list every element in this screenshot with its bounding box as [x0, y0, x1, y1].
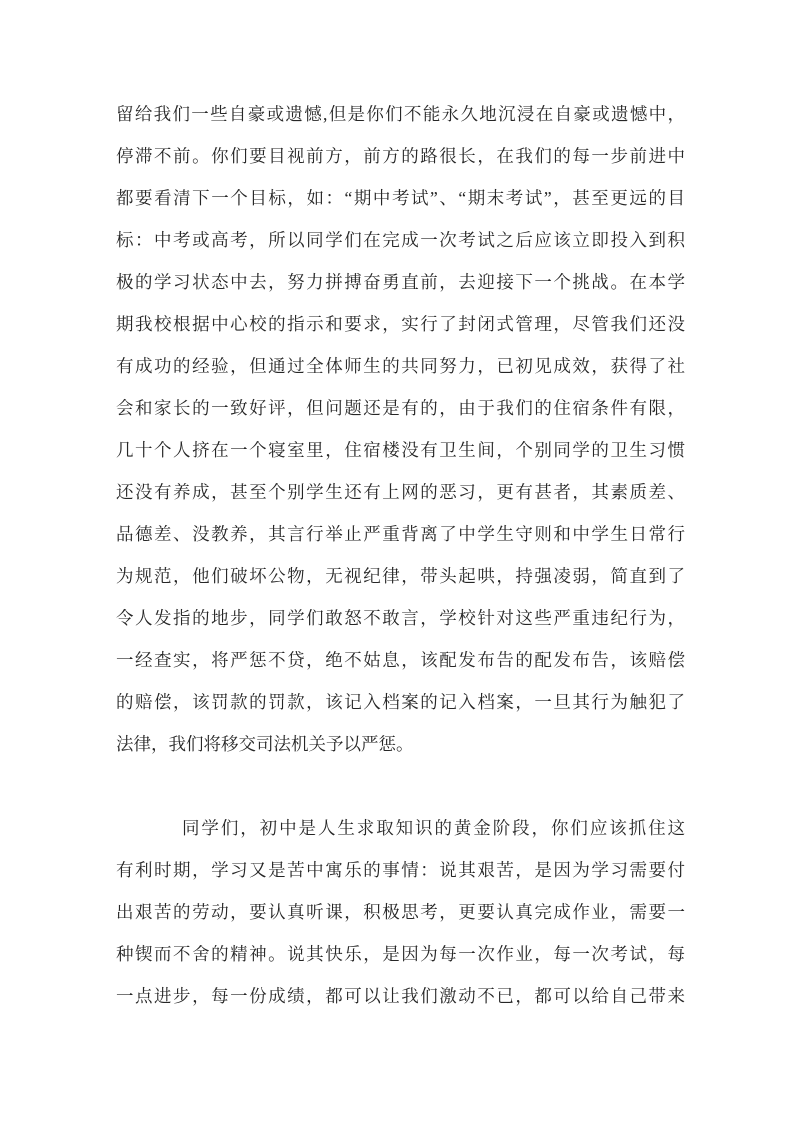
text-line: 出艰苦的劳动，要认真听课，积极思考，更要认真完成作业，需要一 — [116, 891, 685, 933]
text-line: 品德差、没教养，其言行举止严重背离了中学生守则和中学生日常行 — [116, 513, 685, 555]
text-line: 同学们，初中是人生求取知识的黄金阶段，你们应该抓住这 — [116, 807, 685, 849]
text-line: 令人发指的地步，同学们敢怒不敢言，学校针对这些严重违纪行为， — [116, 597, 685, 639]
text-line: 法律，我们将移交司法机关予以严惩。 — [116, 723, 685, 765]
text-line: 留给我们一些自豪或遗憾,但是你们不能永久地沉浸在自豪或遗憾中， — [116, 93, 685, 135]
text-line: 期我校根据中心校的指示和要求，实行了封闭式管理，尽管我们还没 — [116, 303, 685, 345]
text-line: 标：中考或高考，所以同学们在完成一次考试之后应该立即投入到积 — [116, 219, 685, 261]
text-line: 的赔偿，该罚款的罚款，该记入档案的记入档案，一旦其行为触犯了 — [116, 681, 685, 723]
text-line: 种锲而不舍的精神。说其快乐，是因为每一次作业，每一次考试，每 — [116, 933, 685, 975]
text-line: 停滞不前。你们要目视前方，前方的路很长，在我们的每一步前进中 — [116, 135, 685, 177]
text-line: 几十个人挤在一个寝室里，住宿楼没有卫生间，个别同学的卫生习惯 — [116, 429, 685, 471]
document-body: 留给我们一些自豪或遗憾,但是你们不能永久地沉浸在自豪或遗憾中，停滞不前。你们要目… — [116, 93, 685, 1017]
document-page: 留给我们一些自豪或遗憾,但是你们不能永久地沉浸在自豪或遗憾中，停滞不前。你们要目… — [0, 0, 793, 1122]
text-line: 为规范，他们破坏公物，无视纪律，带头起哄，持强凌弱，简直到了 — [116, 555, 685, 597]
text-line: 有利时期，学习又是苦中寓乐的事情：说其艰苦，是因为学习需要付 — [116, 849, 685, 891]
text-line: 极的学习状态中去，努力拼搏奋勇直前，去迎接下一个挑战。在本学 — [116, 261, 685, 303]
text-line: 一经查实，将严惩不贷，绝不姑息，该配发布告的配发布告，该赔偿 — [116, 639, 685, 681]
text-line: 还没有养成，甚至个别学生还有上网的恶习，更有甚者，其素质差、 — [116, 471, 685, 513]
text-line: 会和家长的一致好评，但问题还是有的，由于我们的住宿条件有限， — [116, 387, 685, 429]
paragraph: 留给我们一些自豪或遗憾,但是你们不能永久地沉浸在自豪或遗憾中，停滞不前。你们要目… — [116, 93, 685, 765]
text-line: 有成功的经验，但通过全体师生的共同努力，已初见成效，获得了社 — [116, 345, 685, 387]
paragraph: 同学们，初中是人生求取知识的黄金阶段，你们应该抓住这有利时期，学习又是苦中寓乐的… — [116, 807, 685, 1017]
text-line: 都要看清下一个目标，如：“期中考试”、“期末考试”，甚至更远的目 — [116, 177, 685, 219]
text-line: 一点进步，每一份成绩，都可以让我们激动不已，都可以给自己带来 — [116, 975, 685, 1017]
